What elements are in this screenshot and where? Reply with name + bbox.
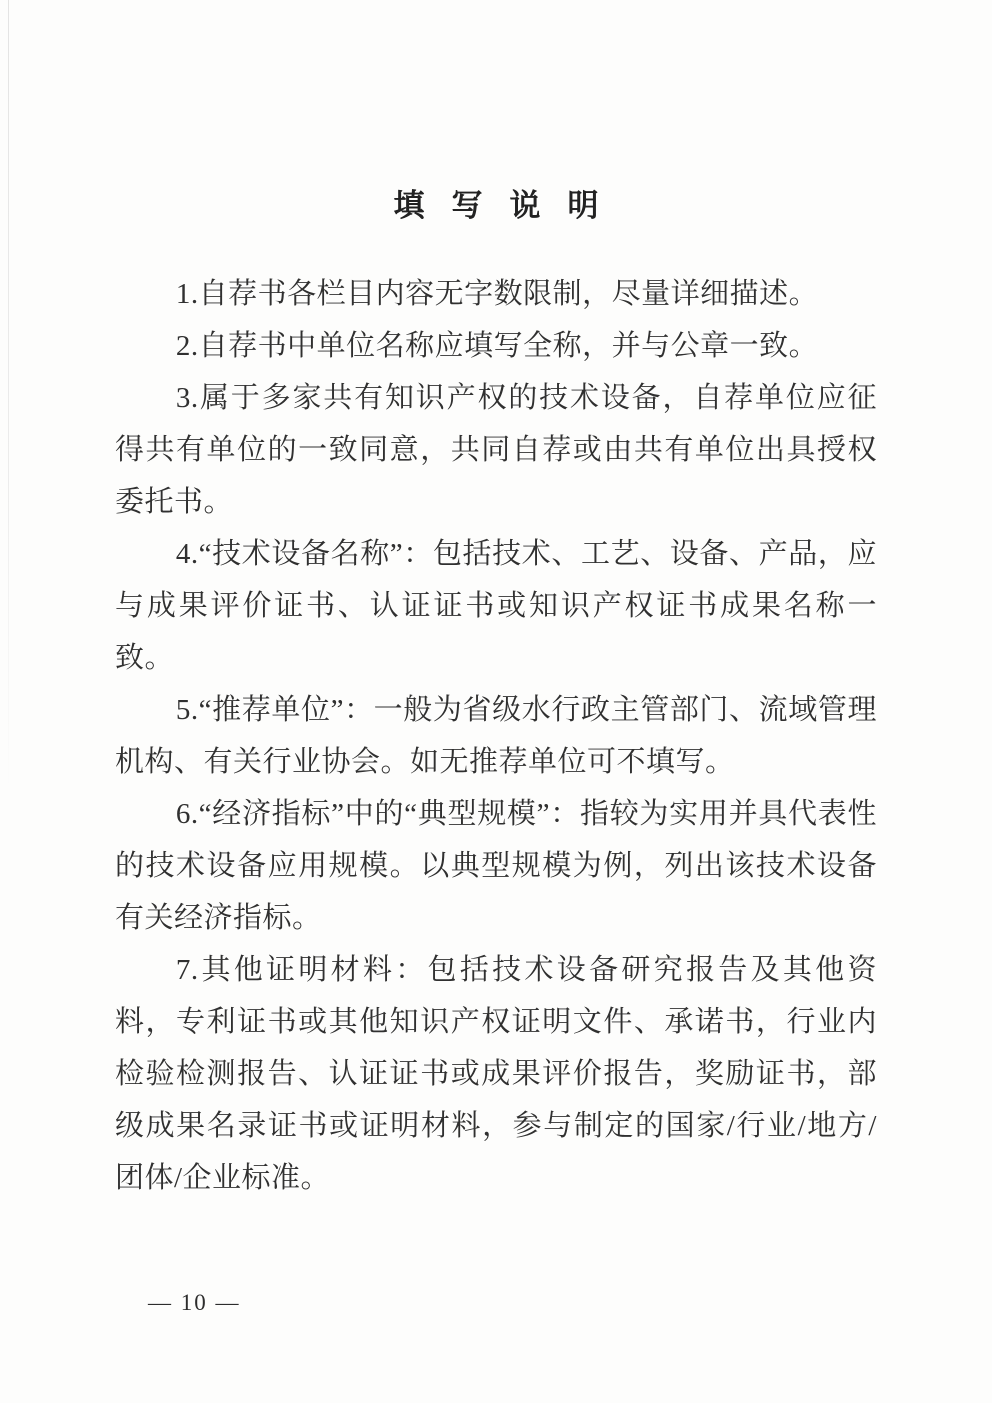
instruction-item-5: 5.“推荐单位”：一般为省级水行政主管部门、流域管理机构、有关行业协会。如无推荐… (115, 684, 877, 788)
instruction-item-7: 7.其他证明材料：包括技术设备研究报告及其他资料，专利证书或其他知识产权证明文件… (115, 944, 877, 1204)
instruction-item-4: 4.“技术设备名称”：包括技术、工艺、设备、产品，应与成果评价证书、认证证书或知… (115, 528, 877, 684)
page-number: — 10 — (148, 1290, 241, 1316)
instruction-item-2: 2.自荐书中单位名称应填写全称，并与公章一致。 (115, 320, 877, 372)
page-title: 填写说明 (0, 180, 992, 225)
instruction-item-1: 1.自荐书各栏目内容无字数限制，尽量详细描述。 (115, 268, 877, 320)
scan-edge-artifact (8, 0, 9, 790)
instruction-item-3: 3.属于多家共有知识产权的技术设备，自荐单位应征得共有单位的一致同意，共同自荐或… (115, 372, 877, 528)
document-page: 填写说明 1.自荐书各栏目内容无字数限制，尽量详细描述。 2.自荐书中单位名称应… (0, 0, 992, 1403)
instruction-item-6: 6.“经济指标”中的“典型规模”：指较为实用并具代表性的技术设备应用规模。以典型… (115, 788, 877, 944)
instructions-list: 1.自荐书各栏目内容无字数限制，尽量详细描述。 2.自荐书中单位名称应填写全称，… (115, 268, 877, 1204)
